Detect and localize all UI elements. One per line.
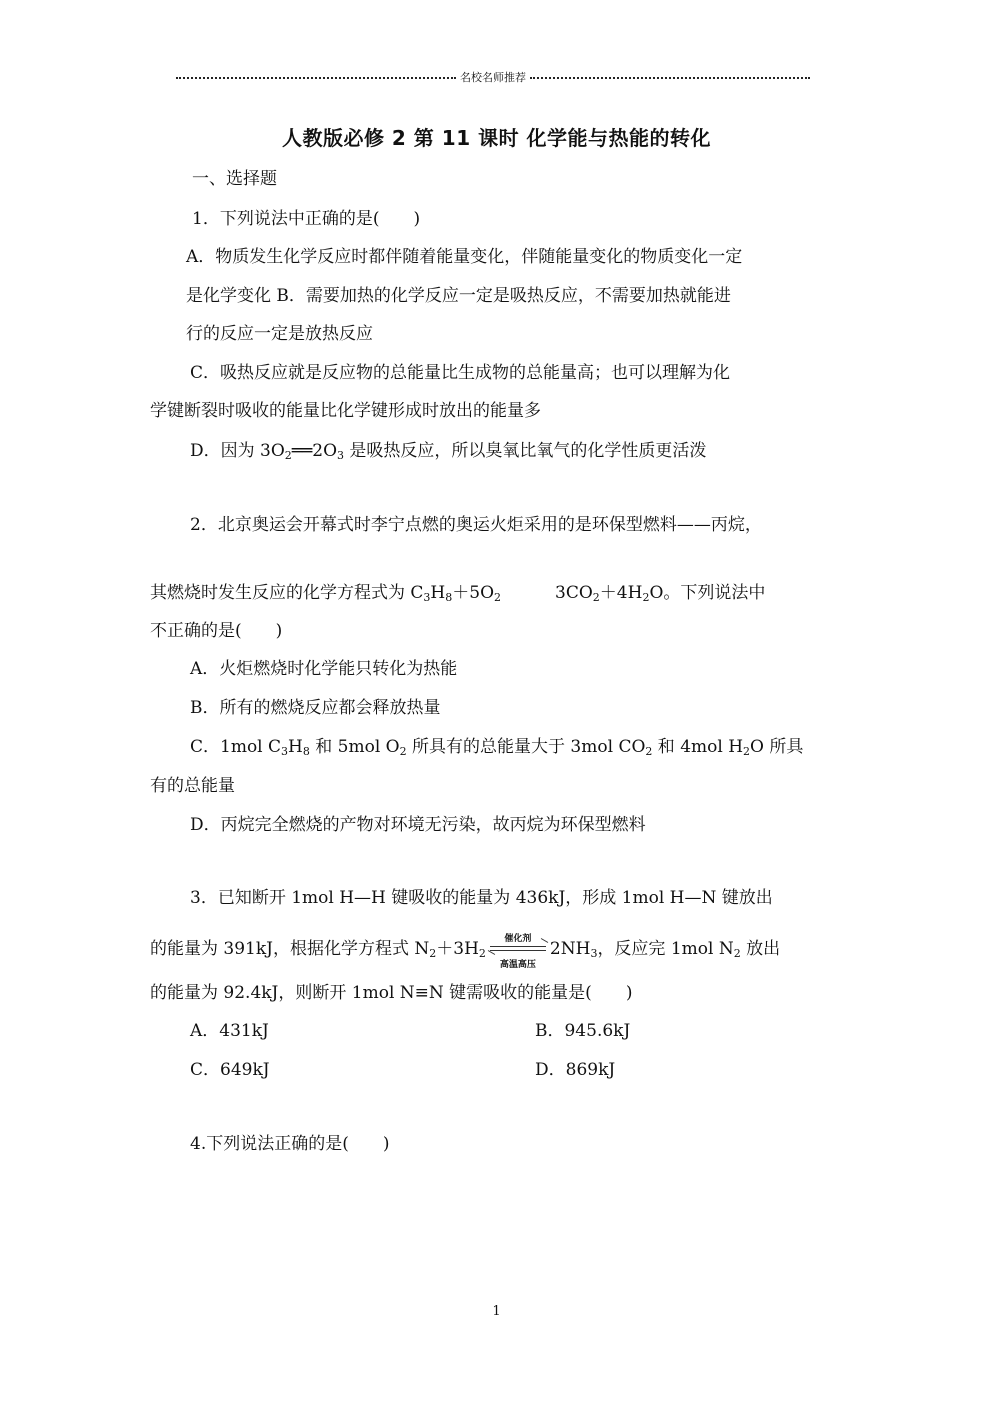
question-2-equation: 其燃烧时发生反应的化学方程式为 C3H8＋5O23CO2＋4H2O。下列说法中 [150,582,765,604]
reversible-arrow-icon: 催化剂高温高压 [488,940,548,960]
question-3-stem: 3．已知断开 1mol H—H 键吸收的能量为 436kJ，形成 1mol H—… [190,887,773,909]
question-1-option-d: D．因为 3O2══2O3 是吸热反应，所以臭氧比氧气的化学性质更活泼 [190,440,706,462]
question-2-stem-end: 不正确的是( ) [150,620,282,642]
question-2-option-c-cont: 有的总能量 [150,775,235,797]
question-2-option-b: B．所有的燃烧反应都会释放热量 [190,697,441,719]
question-1-option-c: C．吸热反应就是反应物的总能量比生成物的总能量高；也可以理解为化 [190,362,730,384]
question-3-line3: 的能量为 92.4kJ，则断开 1mol N≡N 键需吸收的能量是( ) [150,982,632,1004]
question-3-option-a: A．431kJ [190,1020,269,1042]
page-header: 名校名师推荐 [176,70,810,84]
question-1-option-c-cont: 学键断裂时吸收的能量比化学键形成时放出的能量多 [150,400,541,422]
condition-label: 高温高压 [488,954,548,976]
question-4-stem: 4.下列说法正确的是( ) [190,1133,389,1155]
page-number: 1 [0,1304,993,1319]
question-2-option-a: A．火炬燃烧时化学能只转化为热能 [190,658,457,680]
question-1-stem: 1．下列说法中正确的是( ) [192,208,420,230]
question-2-option-c: C．1mol C3H8 和 5mol O2 所具有的总能量大于 3mol CO2… [190,736,803,758]
question-3-option-d: D．869kJ [535,1059,615,1081]
question-2-option-d: D．丙烷完全燃烧的产物对环境无污染，故丙烷为环保型燃料 [190,814,646,836]
section-heading: 一、选择题 [192,168,277,190]
document-title: 人教版必修 2 第 11 课时 化学能与热能的转化 [0,122,993,151]
header-dots-left [176,77,456,79]
question-2-stem: 2．北京奥运会开幕式时李宁点燃的奥运火炬采用的是环保型燃料——丙烷， [190,514,762,536]
question-1-line: 是化学变化 B．需要加热的化学反应一定是吸热反应，不需要加热就能进 [186,285,731,307]
question-1-line: 行的反应一定是放热反应 [186,323,373,345]
question-3-equation: 的能量为 391kJ，根据化学方程式 N2＋3H2催化剂高温高压2NH3，反应完… [150,938,780,960]
question-3-option-c: C．649kJ [190,1059,270,1081]
header-dots-right [530,77,810,79]
question-3-option-b: B．945.6kJ [535,1020,630,1042]
header-banner: 名校名师推荐 [456,69,530,85]
question-1-line: A．物质发生化学反应时都伴随着能量变化，伴随能量变化的物质变化一定 [186,246,742,268]
